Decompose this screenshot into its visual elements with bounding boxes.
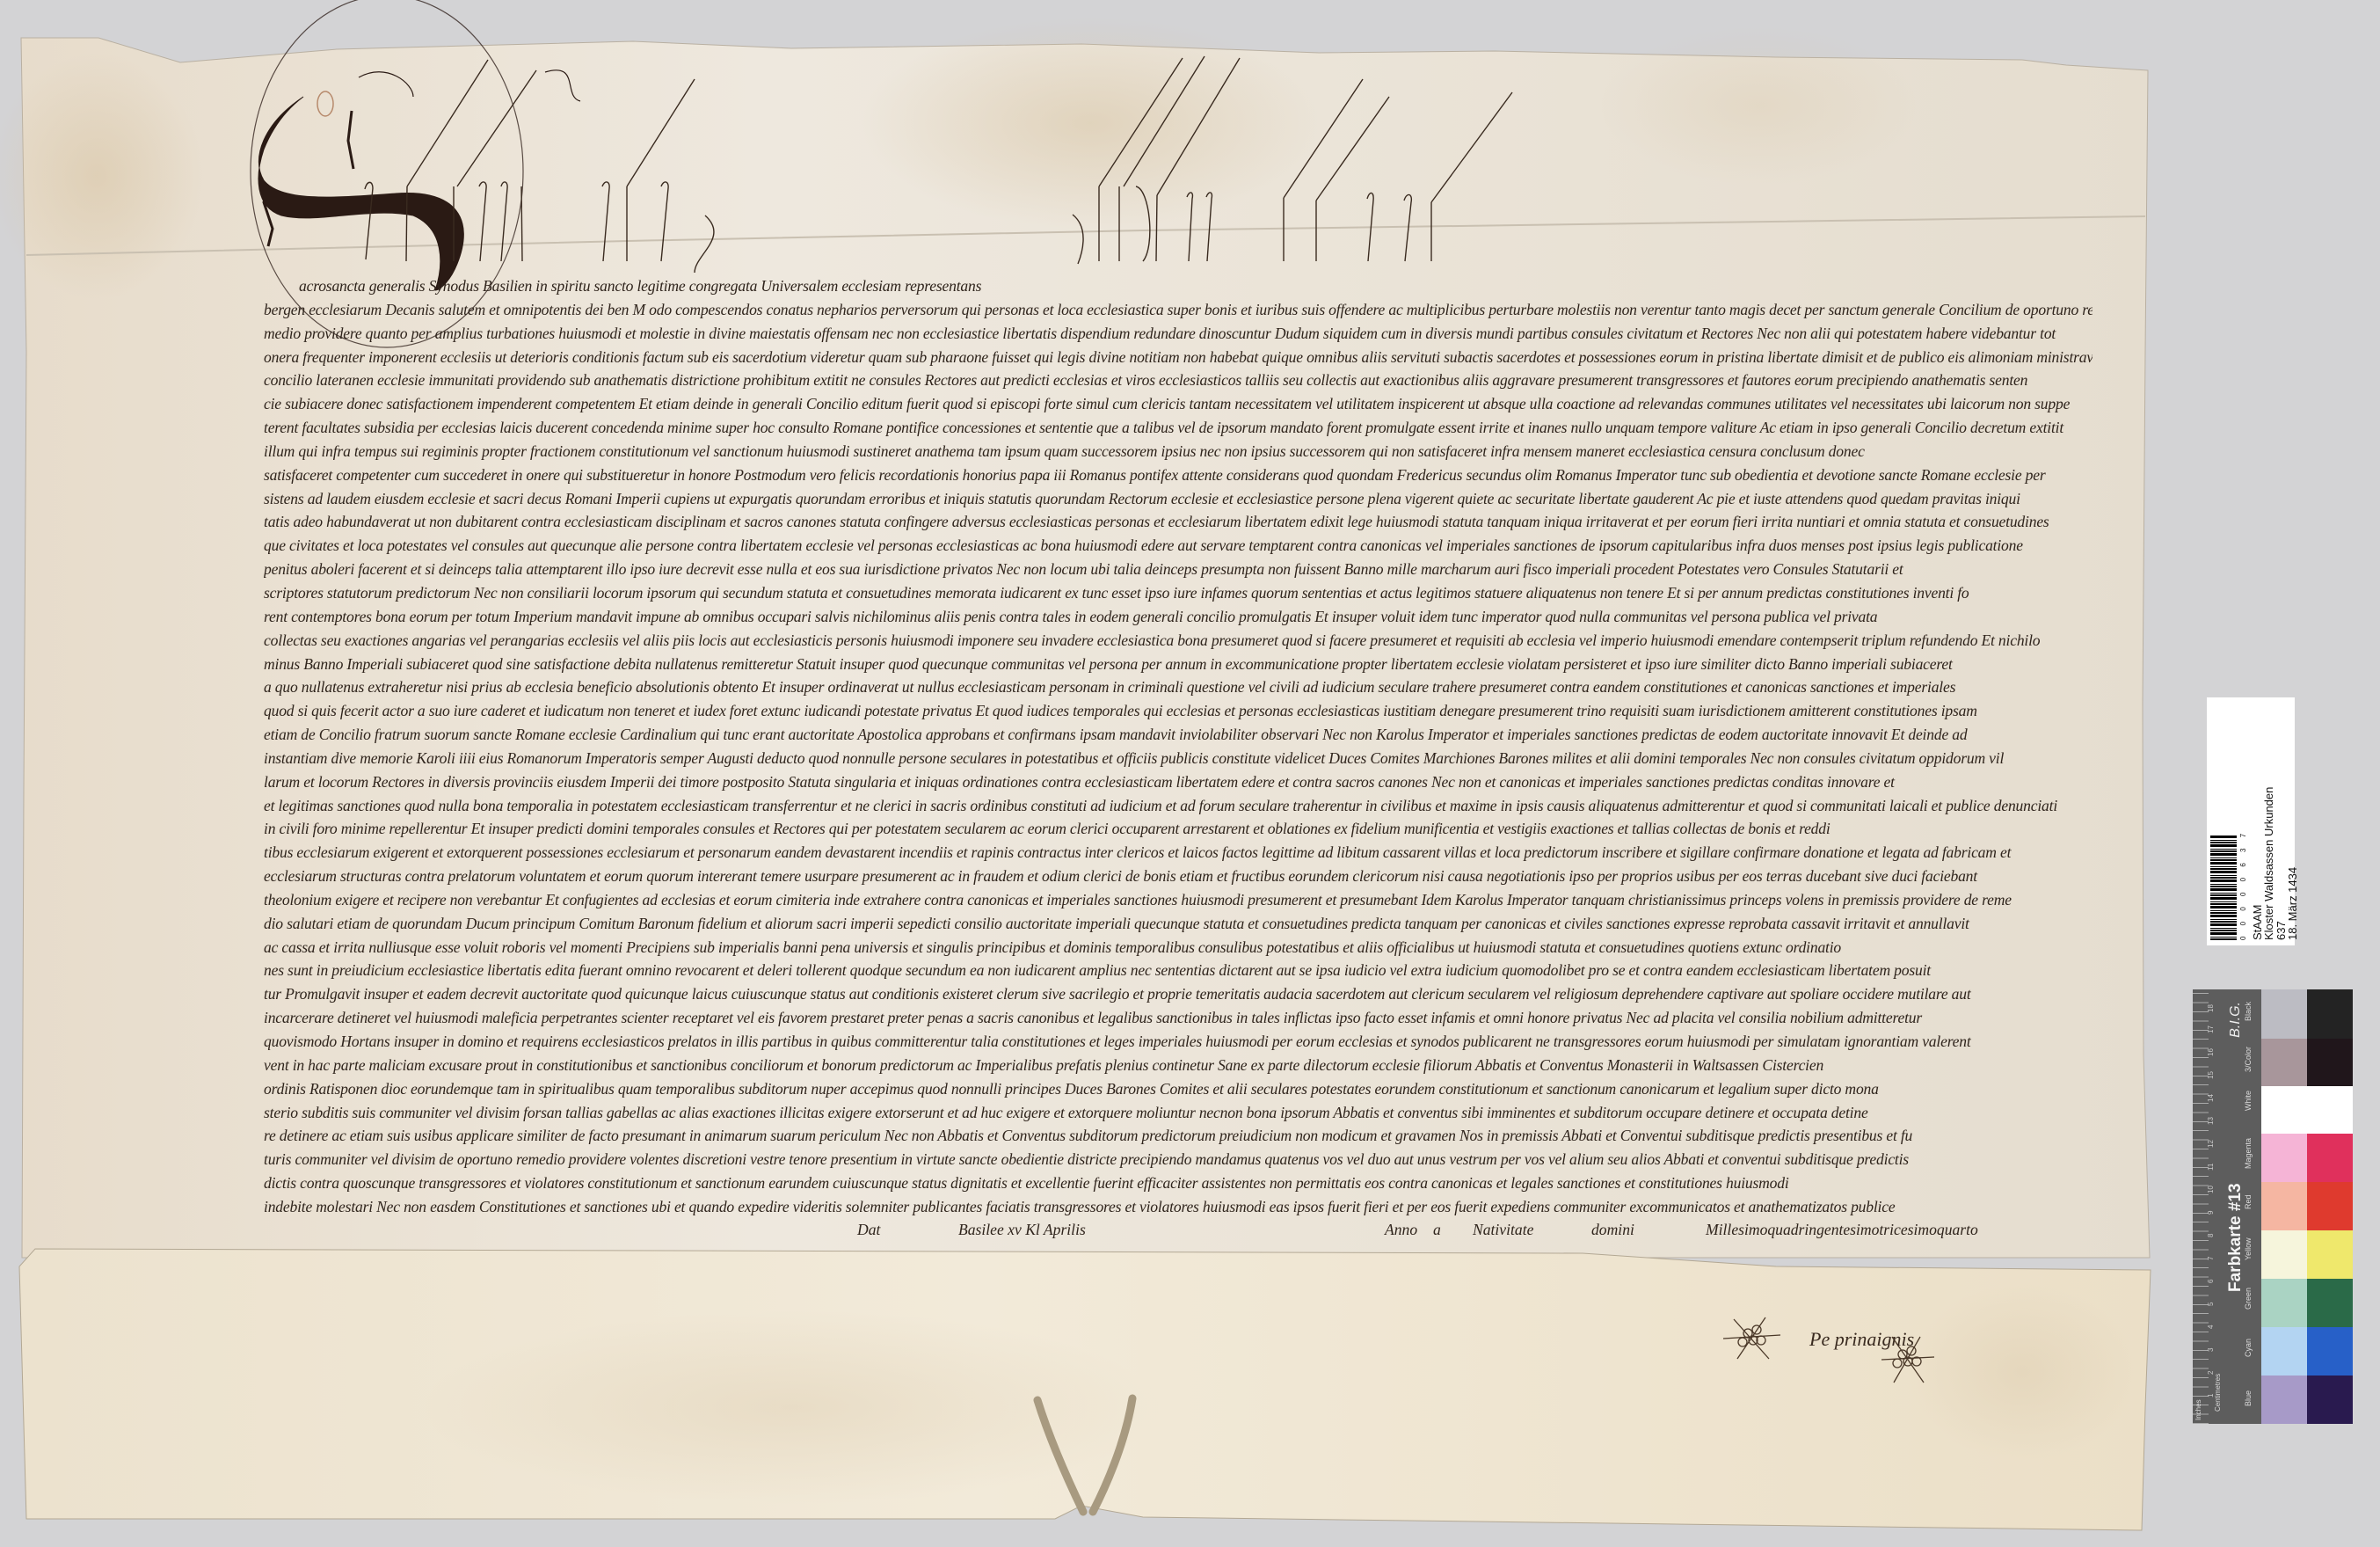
patch-white	[2261, 1086, 2353, 1134]
patch-magenta-dark	[2307, 1134, 2353, 1182]
text-line: re detinere ac etiam suis usibus applica…	[264, 1124, 2093, 1148]
patch-green-dark	[2307, 1279, 2353, 1327]
text-line: tatis adeo habundaverat ut non dubitaren…	[264, 510, 2093, 534]
cm-tick: 7	[2207, 1257, 2215, 1260]
color-calibration-chart: Inches Centimetres 1 2 3 4 5 6 7 8 9 10 …	[2193, 989, 2354, 1424]
text-line: illum qui infra tempus sui regiminis pro…	[264, 440, 2093, 463]
ruler-unit-inches: Inches	[2194, 1399, 2202, 1420]
text-line: et legitimas sanctiones quod nulla bona …	[264, 794, 2093, 818]
chart-brand: B.I.G.	[2228, 1002, 2244, 1038]
text-line: onera frequenter imponerent ecclesiis ut…	[264, 346, 2093, 369]
text-line: quod si quis fecerit actor a suo iure ca…	[264, 699, 2093, 723]
chart-title: Farbkarte #13	[2226, 1183, 2245, 1292]
text-line: dio salutari etiam de quorundam Ducum pr…	[264, 912, 2093, 936]
plica-notation: Pe prinaignis	[1750, 1319, 1925, 1363]
archive-label: 0 0 0 0 0 6 3 7 StAAM Kloster Waldsassen…	[2207, 697, 2295, 945]
text-line: terent facultates subsidia per ecclesias…	[264, 416, 2093, 440]
text-line: dictis contra quoscunque transgressores …	[264, 1171, 2093, 1195]
patch-green-light	[2261, 1279, 2307, 1327]
patch-blue-light	[2261, 1376, 2307, 1424]
text-line: nes sunt in preiudicium ecclesiastice li…	[264, 959, 2093, 982]
text-line: vent in hac parte maliciam excusare prou…	[264, 1054, 2093, 1077]
cm-tick: 17	[2207, 1025, 2215, 1033]
cm-tick: 2	[2207, 1371, 2215, 1375]
text-line: ecclesiarum structuras contra prelatorum…	[264, 865, 2093, 888]
ruler: Inches Centimetres 1 2 3 4 5 6 7 8 9 10 …	[2193, 989, 2261, 1424]
patch-label: Cyan	[2244, 1339, 2253, 1357]
patch-label: Black	[2244, 1002, 2253, 1021]
barcode	[2210, 835, 2237, 940]
ruler-unit-cm: Centimetres	[2214, 1374, 2222, 1412]
cm-tick: 16	[2207, 1048, 2215, 1056]
cm-tick: 13	[2207, 1117, 2215, 1125]
text-line: ac cassa et irrita nulliusque esse volui…	[264, 936, 2093, 960]
text-line: sterio subditis suis communiter vel divi…	[264, 1101, 2093, 1125]
label-institution: StAAM	[2252, 697, 2264, 940]
patch-label: Magenta	[2244, 1138, 2253, 1169]
text-line: tur Promulgavit insuper et eadem decrevi…	[264, 982, 2093, 1006]
label-collection: Kloster Waldsassen Urkunden	[2263, 697, 2275, 940]
text-line: satisfaceret competenter cum succederet …	[264, 463, 2093, 487]
text-line: sistens ad laudem eiusdem ecclesie et sa…	[264, 487, 2093, 511]
dating-domini: domini	[1591, 1221, 1634, 1239]
cm-tick: 15	[2207, 1071, 2215, 1079]
patch-label: Blue	[2244, 1390, 2253, 1406]
patch-label: White	[2244, 1091, 2253, 1111]
text-line: larum et locorum Rectores in diversis pr…	[264, 770, 2093, 794]
patch-yellow-light	[2261, 1230, 2307, 1279]
barcode-digits: 0 0 0 0 0 6 3 7	[2238, 697, 2250, 940]
color-patches	[2261, 989, 2354, 1424]
patch-label: Yellow	[2244, 1237, 2253, 1260]
dating-clause: Dat Basilee xv Kl Aprilis Anno a Nativit…	[264, 1221, 2093, 1247]
patch-cyan-dark	[2307, 1327, 2353, 1376]
text-line: concilio lateranen ecclesie immunitati p…	[264, 369, 2093, 392]
cm-tick: 9	[2207, 1211, 2215, 1215]
text-line: quovismodo Hortans insuper in domino et …	[264, 1030, 2093, 1054]
cm-tick: 6	[2207, 1280, 2215, 1283]
text-line: bergen ecclesiarum Decanis salutem et om…	[264, 298, 2093, 322]
patch-red-dark	[2307, 1182, 2353, 1230]
cm-tick: 18	[2207, 1004, 2215, 1012]
text-line: penitus aboleri facerent et si deinceps …	[264, 558, 2093, 581]
text-line: turis communiter vel divisim de oportuno…	[264, 1148, 2093, 1171]
text-line: que civitates et loca potestates vel con…	[264, 534, 2093, 558]
text-line: theolonium exigere et recipere non vereb…	[264, 888, 2093, 912]
charter-body-text: acrosancta generalis Synodus Basilien in…	[264, 274, 2093, 1219]
cm-tick: 10	[2207, 1186, 2215, 1193]
text-line: a quo nullatenus extraheretur nisi prius…	[264, 675, 2093, 699]
text-line: instantiam dive memorie Karoli iiii eius…	[264, 747, 2093, 770]
opening-line: acrosancta generalis Synodus Basilien in…	[264, 274, 2093, 298]
text-line: scriptores statutorum predictorum Nec no…	[264, 581, 2093, 605]
dating-dat: Dat	[857, 1221, 880, 1239]
text-line: ordinis Ratisponen dioc eorundemque tam …	[264, 1077, 2093, 1101]
patch-blue-dark	[2307, 1376, 2353, 1424]
text-line: medio providere quanto per amplius turba…	[264, 322, 2093, 346]
text-line: cie subiacere donec satisfactionem impen…	[264, 392, 2093, 416]
patch-label: Red	[2244, 1194, 2253, 1209]
label-date: 18. März 1434	[2287, 697, 2299, 940]
text-line: in civili foro minime repellerentur Et i…	[264, 817, 2093, 841]
patch-3color-dark	[2307, 1039, 2353, 1086]
dating-nativitate: Nativitate	[1473, 1221, 1533, 1239]
charter-photograph: acrosancta generalis Synodus Basilien in…	[0, 0, 2380, 1547]
patch-label: Green	[2244, 1288, 2253, 1310]
text-line: rent contemptores bona eorum per totum I…	[264, 605, 2093, 629]
plica-notation-text: Pe prinaignis	[1809, 1328, 1914, 1351]
patch-magenta-light	[2261, 1134, 2307, 1182]
text-line: etiam de Concilio fratrum suorum sancte …	[264, 723, 2093, 747]
patch-black-dark	[2307, 989, 2353, 1039]
patch-3color-light	[2261, 1039, 2307, 1086]
text-line: indebite molestari Nec non easdem Consti…	[264, 1195, 2093, 1219]
cm-tick: 12	[2207, 1140, 2215, 1148]
cm-tick: 1	[2207, 1394, 2215, 1397]
cm-tick: 11	[2207, 1164, 2215, 1171]
cm-tick: 4	[2207, 1325, 2215, 1329]
label-number: 637	[2275, 697, 2288, 940]
text-line: incarcerare detineret vel huiusmodi male…	[264, 1006, 2093, 1030]
patch-yellow-dark	[2307, 1230, 2353, 1279]
cm-tick: 5	[2207, 1303, 2215, 1306]
dating-a: a	[1433, 1221, 1441, 1239]
dating-place: Basilee xv Kl Aprilis	[958, 1221, 1086, 1239]
text-line: tibus ecclesiarum exigerent et extorquer…	[264, 841, 2093, 865]
patch-black-light	[2261, 989, 2307, 1039]
patch-label: 3/Color	[2244, 1047, 2253, 1072]
cm-tick: 3	[2207, 1348, 2215, 1352]
patch-cyan-light	[2261, 1327, 2307, 1376]
patch-red-light	[2261, 1182, 2307, 1230]
dating-year: Millesimoquadringentesimotricesimoquarto	[1706, 1221, 1978, 1239]
dating-anno: Anno	[1385, 1221, 1417, 1239]
cm-tick: 14	[2207, 1094, 2215, 1102]
cm-tick: 8	[2207, 1234, 2215, 1237]
text-line: minus Banno Imperiali subiaceret quod si…	[264, 653, 2093, 676]
text-line: collectas seu exactiones angarias vel pe…	[264, 629, 2093, 653]
